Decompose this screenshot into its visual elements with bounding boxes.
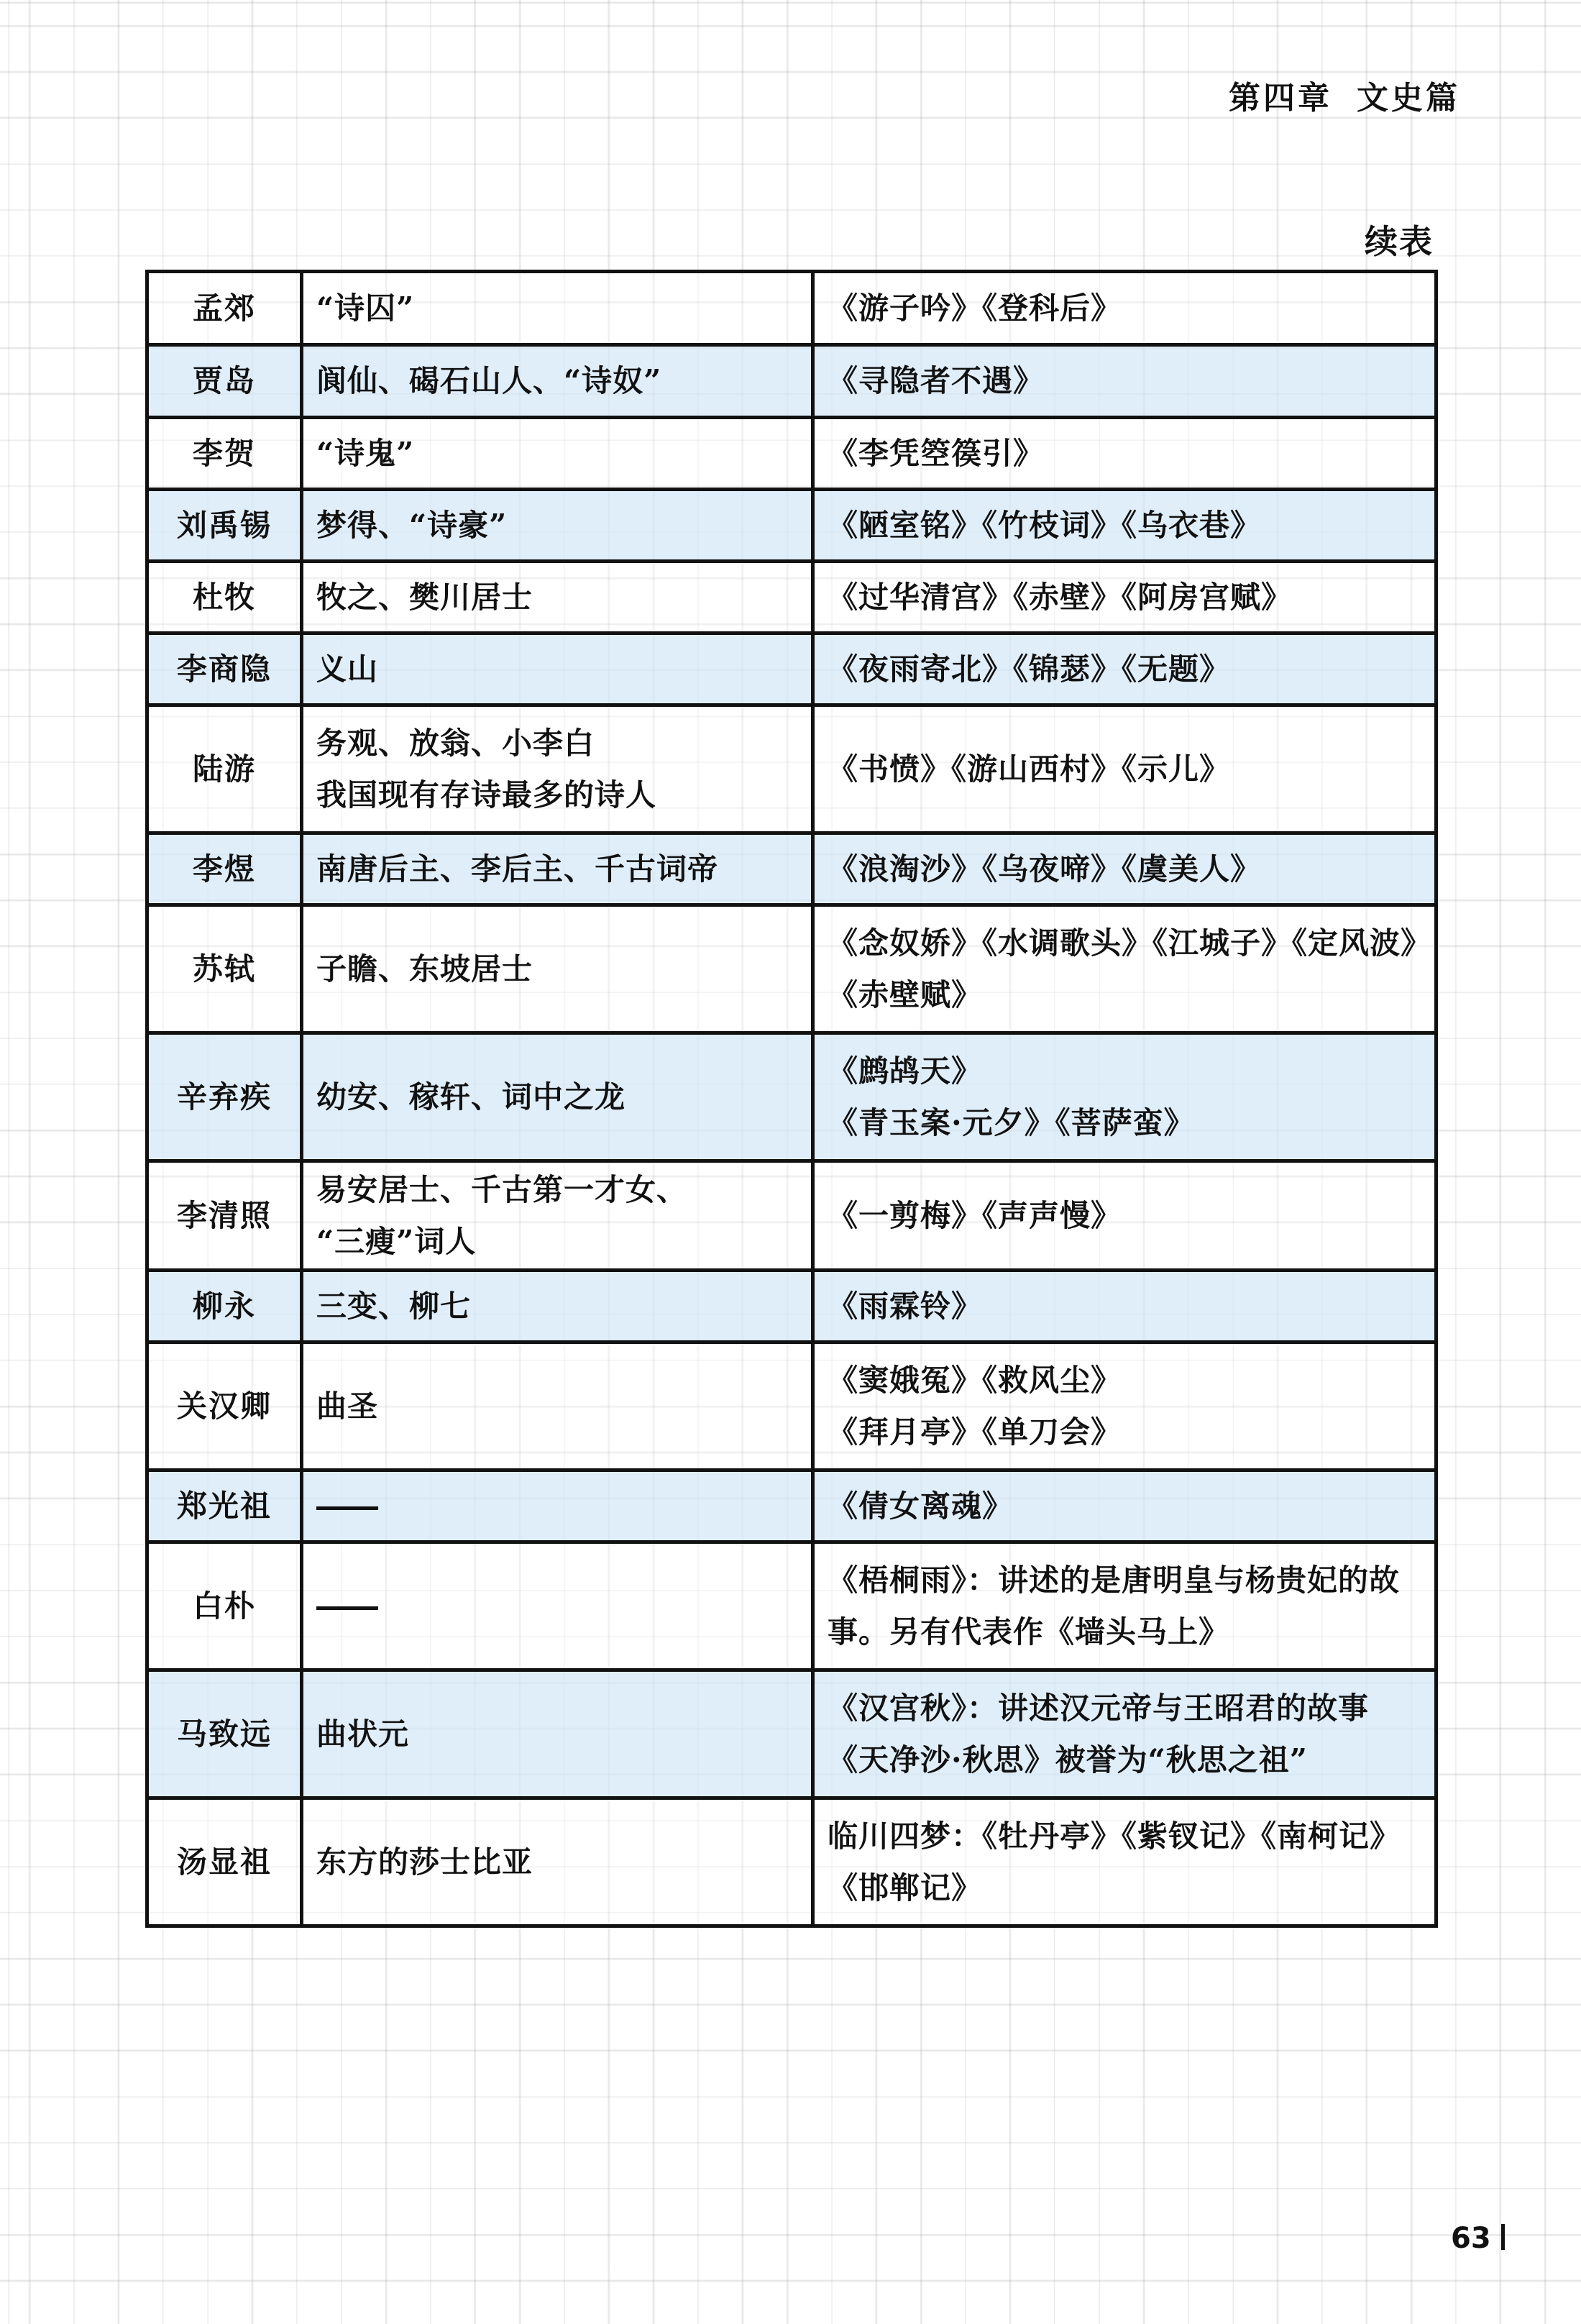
alias-line: 三变、柳七 xyxy=(316,1281,798,1332)
alias-cell: “诗鬼” xyxy=(302,418,813,490)
alias-line: 务观、放翁、小李白 xyxy=(316,718,798,769)
table-row: 刘禹锡梦得、“诗豪”《陋室铭》《竹枝词》《乌衣巷》 xyxy=(147,490,1436,562)
alias-cell: 东方的莎士比亚 xyxy=(302,1798,813,1926)
author-name-cell: 陆游 xyxy=(147,705,302,833)
alias-cell: 易安居士、千古第一才女、“三瘦”词人 xyxy=(302,1161,813,1271)
dash-mark xyxy=(316,1606,378,1610)
works-line: 《陋室铭》《竹枝词》《乌衣巷》 xyxy=(828,500,1421,552)
alias-cell: 曲状元 xyxy=(302,1670,813,1798)
works-cell: 《一剪梅》《声声慢》 xyxy=(813,1161,1436,1271)
table-row: 苏轼子瞻、东坡居士《念奴娇》《水调歌头》《江城子》《定风波》《赤壁赋》 xyxy=(147,905,1436,1033)
alias-line: 曲圣 xyxy=(316,1381,798,1432)
alias-cell: 三变、柳七 xyxy=(302,1271,813,1342)
empty-dash xyxy=(316,1481,798,1532)
author-name-cell: 李贺 xyxy=(147,418,302,490)
alias-line: “三瘦”词人 xyxy=(316,1216,798,1268)
alias-line: 曲状元 xyxy=(316,1708,798,1760)
alias-cell: 梦得、“诗豪” xyxy=(302,490,813,562)
page-number-bar xyxy=(1501,2224,1505,2250)
author-name-cell: 马致远 xyxy=(147,1670,302,1798)
works-line: 《念奴娇》《水调歌头》《江城子》《定风波》 xyxy=(828,918,1421,969)
alias-line: 牧之、樊川居士 xyxy=(316,572,798,623)
alias-line: “诗囚” xyxy=(316,283,798,334)
author-name-cell: 李煜 xyxy=(147,833,302,905)
works-line: 《游子吟》《登科后》 xyxy=(828,283,1421,334)
works-cell: 《念奴娇》《水调歌头》《江城子》《定风波》《赤壁赋》 xyxy=(813,905,1436,1033)
alias-cell: 子瞻、东坡居士 xyxy=(302,905,813,1033)
works-line: 《邯郸记》 xyxy=(828,1862,1421,1914)
works-line: 《天净沙·秋思》被誉为“秋思之祖” xyxy=(828,1734,1421,1786)
table-row: 郑光祖《倩女离魂》 xyxy=(147,1470,1436,1542)
table-row: 李商隐义山《夜雨寄北》《锦瑟》《无题》 xyxy=(147,633,1436,705)
author-name-cell: 汤显祖 xyxy=(147,1798,302,1926)
poets-table: 孟郊“诗囚”《游子吟》《登科后》贾岛阆仙、碣石山人、“诗奴”《寻隐者不遇》李贺“… xyxy=(145,270,1438,1928)
author-name-cell: 辛弃疾 xyxy=(147,1033,302,1161)
table-row: 辛弃疾幼安、稼轩、词中之龙《鹧鸪天》《青玉案·元夕》《菩萨蛮》 xyxy=(147,1033,1436,1161)
alias-line: 南唐后主、李后主、千古词帝 xyxy=(316,843,798,895)
author-name-cell: 李清照 xyxy=(147,1161,302,1271)
works-cell: 《游子吟》《登科后》 xyxy=(813,272,1436,345)
works-line: 《过华清宫》《赤壁》《阿房宫赋》 xyxy=(828,572,1421,623)
table-row: 李煜南唐后主、李后主、千古词帝《浪淘沙》《乌夜啼》《虞美人》 xyxy=(147,833,1436,905)
empty-dash xyxy=(316,1580,798,1632)
table-row: 李贺“诗鬼”《李凭箜篌引》 xyxy=(147,418,1436,490)
alias-cell: 曲圣 xyxy=(302,1342,813,1470)
works-line: 《窦娥冤》《救风尘》 xyxy=(828,1355,1421,1406)
alias-line: 我国现有存诗最多的诗人 xyxy=(316,769,798,821)
works-line: 《梧桐雨》：讲述的是唐明皇与杨贵妃的故 xyxy=(828,1555,1421,1606)
table-row: 孟郊“诗囚”《游子吟》《登科后》 xyxy=(147,272,1436,345)
alias-line: “诗鬼” xyxy=(316,428,798,480)
continued-table-label: 续表 xyxy=(1365,216,1434,263)
works-cell: 《夜雨寄北》《锦瑟》《无题》 xyxy=(813,633,1436,705)
table-row: 李清照易安居士、千古第一才女、“三瘦”词人《一剪梅》《声声慢》 xyxy=(147,1161,1436,1271)
table-row: 马致远曲状元《汉宫秋》：讲述汉元帝与王昭君的故事《天净沙·秋思》被誉为“秋思之祖… xyxy=(147,1670,1436,1798)
author-name-cell: 白朴 xyxy=(147,1542,302,1670)
section-label: 文史篇 xyxy=(1357,80,1460,116)
table-row: 汤显祖东方的莎士比亚临川四梦：《牡丹亭》《紫钗记》《南柯记》《邯郸记》 xyxy=(147,1798,1436,1926)
works-line: 《拜月亭》《单刀会》 xyxy=(828,1406,1421,1458)
table-row: 关汉卿曲圣《窦娥冤》《救风尘》《拜月亭》《单刀会》 xyxy=(147,1342,1436,1470)
table-row: 白朴《梧桐雨》：讲述的是唐明皇与杨贵妃的故事。另有代表作《墙头马上》 xyxy=(147,1542,1436,1670)
author-name-cell: 刘禹锡 xyxy=(147,490,302,562)
author-name-cell: 李商隐 xyxy=(147,633,302,705)
alias-cell xyxy=(302,1470,813,1542)
works-line: 《浪淘沙》《乌夜啼》《虞美人》 xyxy=(828,843,1421,895)
chapter-label: 第四章 xyxy=(1229,80,1332,116)
works-cell: 《倩女离魂》 xyxy=(813,1470,1436,1542)
works-line: 《夜雨寄北》《锦瑟》《无题》 xyxy=(828,644,1421,695)
works-line: 《青玉案·元夕》《菩萨蛮》 xyxy=(828,1097,1421,1149)
works-cell: 《浪淘沙》《乌夜啼》《虞美人》 xyxy=(813,833,1436,905)
works-line: 临川四梦：《牡丹亭》《紫钗记》《南柯记》 xyxy=(828,1811,1421,1862)
author-name-cell: 孟郊 xyxy=(147,272,302,345)
works-line: 《寻隐者不遇》 xyxy=(828,355,1421,407)
works-cell: 《梧桐雨》：讲述的是唐明皇与杨贵妃的故事。另有代表作《墙头马上》 xyxy=(813,1542,1436,1670)
author-name-cell: 柳永 xyxy=(147,1271,302,1342)
page-number: 63 xyxy=(1451,2222,1491,2255)
alias-line: 易安居士、千古第一才女、 xyxy=(316,1164,798,1216)
alias-cell xyxy=(302,1542,813,1670)
works-line: 《书愤》《游山西村》《示儿》 xyxy=(828,744,1421,795)
running-header: 第四章文史篇 xyxy=(1229,72,1460,118)
alias-cell: 幼安、稼轩、词中之龙 xyxy=(302,1033,813,1161)
works-cell: 《李凭箜篌引》 xyxy=(813,418,1436,490)
table-row: 柳永三变、柳七《雨霖铃》 xyxy=(147,1271,1436,1342)
works-cell: 《书愤》《游山西村》《示儿》 xyxy=(813,705,1436,833)
author-name-cell: 杜牧 xyxy=(147,562,302,633)
works-cell: 临川四梦：《牡丹亭》《紫钗记》《南柯记》《邯郸记》 xyxy=(813,1798,1436,1926)
alias-line: 幼安、稼轩、词中之龙 xyxy=(316,1071,798,1123)
alias-cell: 务观、放翁、小李白我国现有存诗最多的诗人 xyxy=(302,705,813,833)
works-line: 《赤壁赋》 xyxy=(828,969,1421,1021)
works-cell: 《寻隐者不遇》 xyxy=(813,345,1436,418)
table-body: 孟郊“诗囚”《游子吟》《登科后》贾岛阆仙、碣石山人、“诗奴”《寻隐者不遇》李贺“… xyxy=(147,272,1436,1926)
alias-cell: 义山 xyxy=(302,633,813,705)
works-cell: 《雨霖铃》 xyxy=(813,1271,1436,1342)
alias-cell: 牧之、樊川居士 xyxy=(302,562,813,633)
works-cell: 《过华清宫》《赤壁》《阿房宫赋》 xyxy=(813,562,1436,633)
author-name-cell: 贾岛 xyxy=(147,345,302,418)
table-row: 杜牧牧之、樊川居士《过华清宫》《赤壁》《阿房宫赋》 xyxy=(147,562,1436,633)
works-line: 事。另有代表作《墙头马上》 xyxy=(828,1606,1421,1658)
alias-line: 梦得、“诗豪” xyxy=(316,500,798,552)
works-cell: 《窦娥冤》《救风尘》《拜月亭》《单刀会》 xyxy=(813,1342,1436,1470)
works-line: 《汉宫秋》：讲述汉元帝与王昭君的故事 xyxy=(828,1683,1421,1734)
dash-mark xyxy=(316,1506,378,1510)
works-cell: 《陋室铭》《竹枝词》《乌衣巷》 xyxy=(813,490,1436,562)
table-row: 陆游务观、放翁、小李白我国现有存诗最多的诗人《书愤》《游山西村》《示儿》 xyxy=(147,705,1436,833)
alias-line: 东方的莎士比亚 xyxy=(316,1836,798,1888)
alias-line: 义山 xyxy=(316,644,798,695)
alias-cell: “诗囚” xyxy=(302,272,813,345)
alias-line: 阆仙、碣石山人、“诗奴” xyxy=(316,355,798,407)
works-line: 《一剪梅》《声声慢》 xyxy=(828,1190,1421,1242)
alias-cell: 南唐后主、李后主、千古词帝 xyxy=(302,833,813,905)
works-cell: 《汉宫秋》：讲述汉元帝与王昭君的故事《天净沙·秋思》被誉为“秋思之祖” xyxy=(813,1670,1436,1798)
works-line: 《倩女离魂》 xyxy=(828,1481,1421,1532)
works-cell: 《鹧鸪天》《青玉案·元夕》《菩萨蛮》 xyxy=(813,1033,1436,1161)
works-line: 《雨霖铃》 xyxy=(828,1281,1421,1332)
author-name-cell: 苏轼 xyxy=(147,905,302,1033)
author-name-cell: 关汉卿 xyxy=(147,1342,302,1470)
alias-line: 子瞻、东坡居士 xyxy=(316,943,798,995)
table-row: 贾岛阆仙、碣石山人、“诗奴”《寻隐者不遇》 xyxy=(147,345,1436,418)
author-name-cell: 郑光祖 xyxy=(147,1470,302,1542)
works-line: 《鹧鸪天》 xyxy=(828,1046,1421,1097)
works-line: 《李凭箜篌引》 xyxy=(828,428,1421,480)
alias-cell: 阆仙、碣石山人、“诗奴” xyxy=(302,345,813,418)
